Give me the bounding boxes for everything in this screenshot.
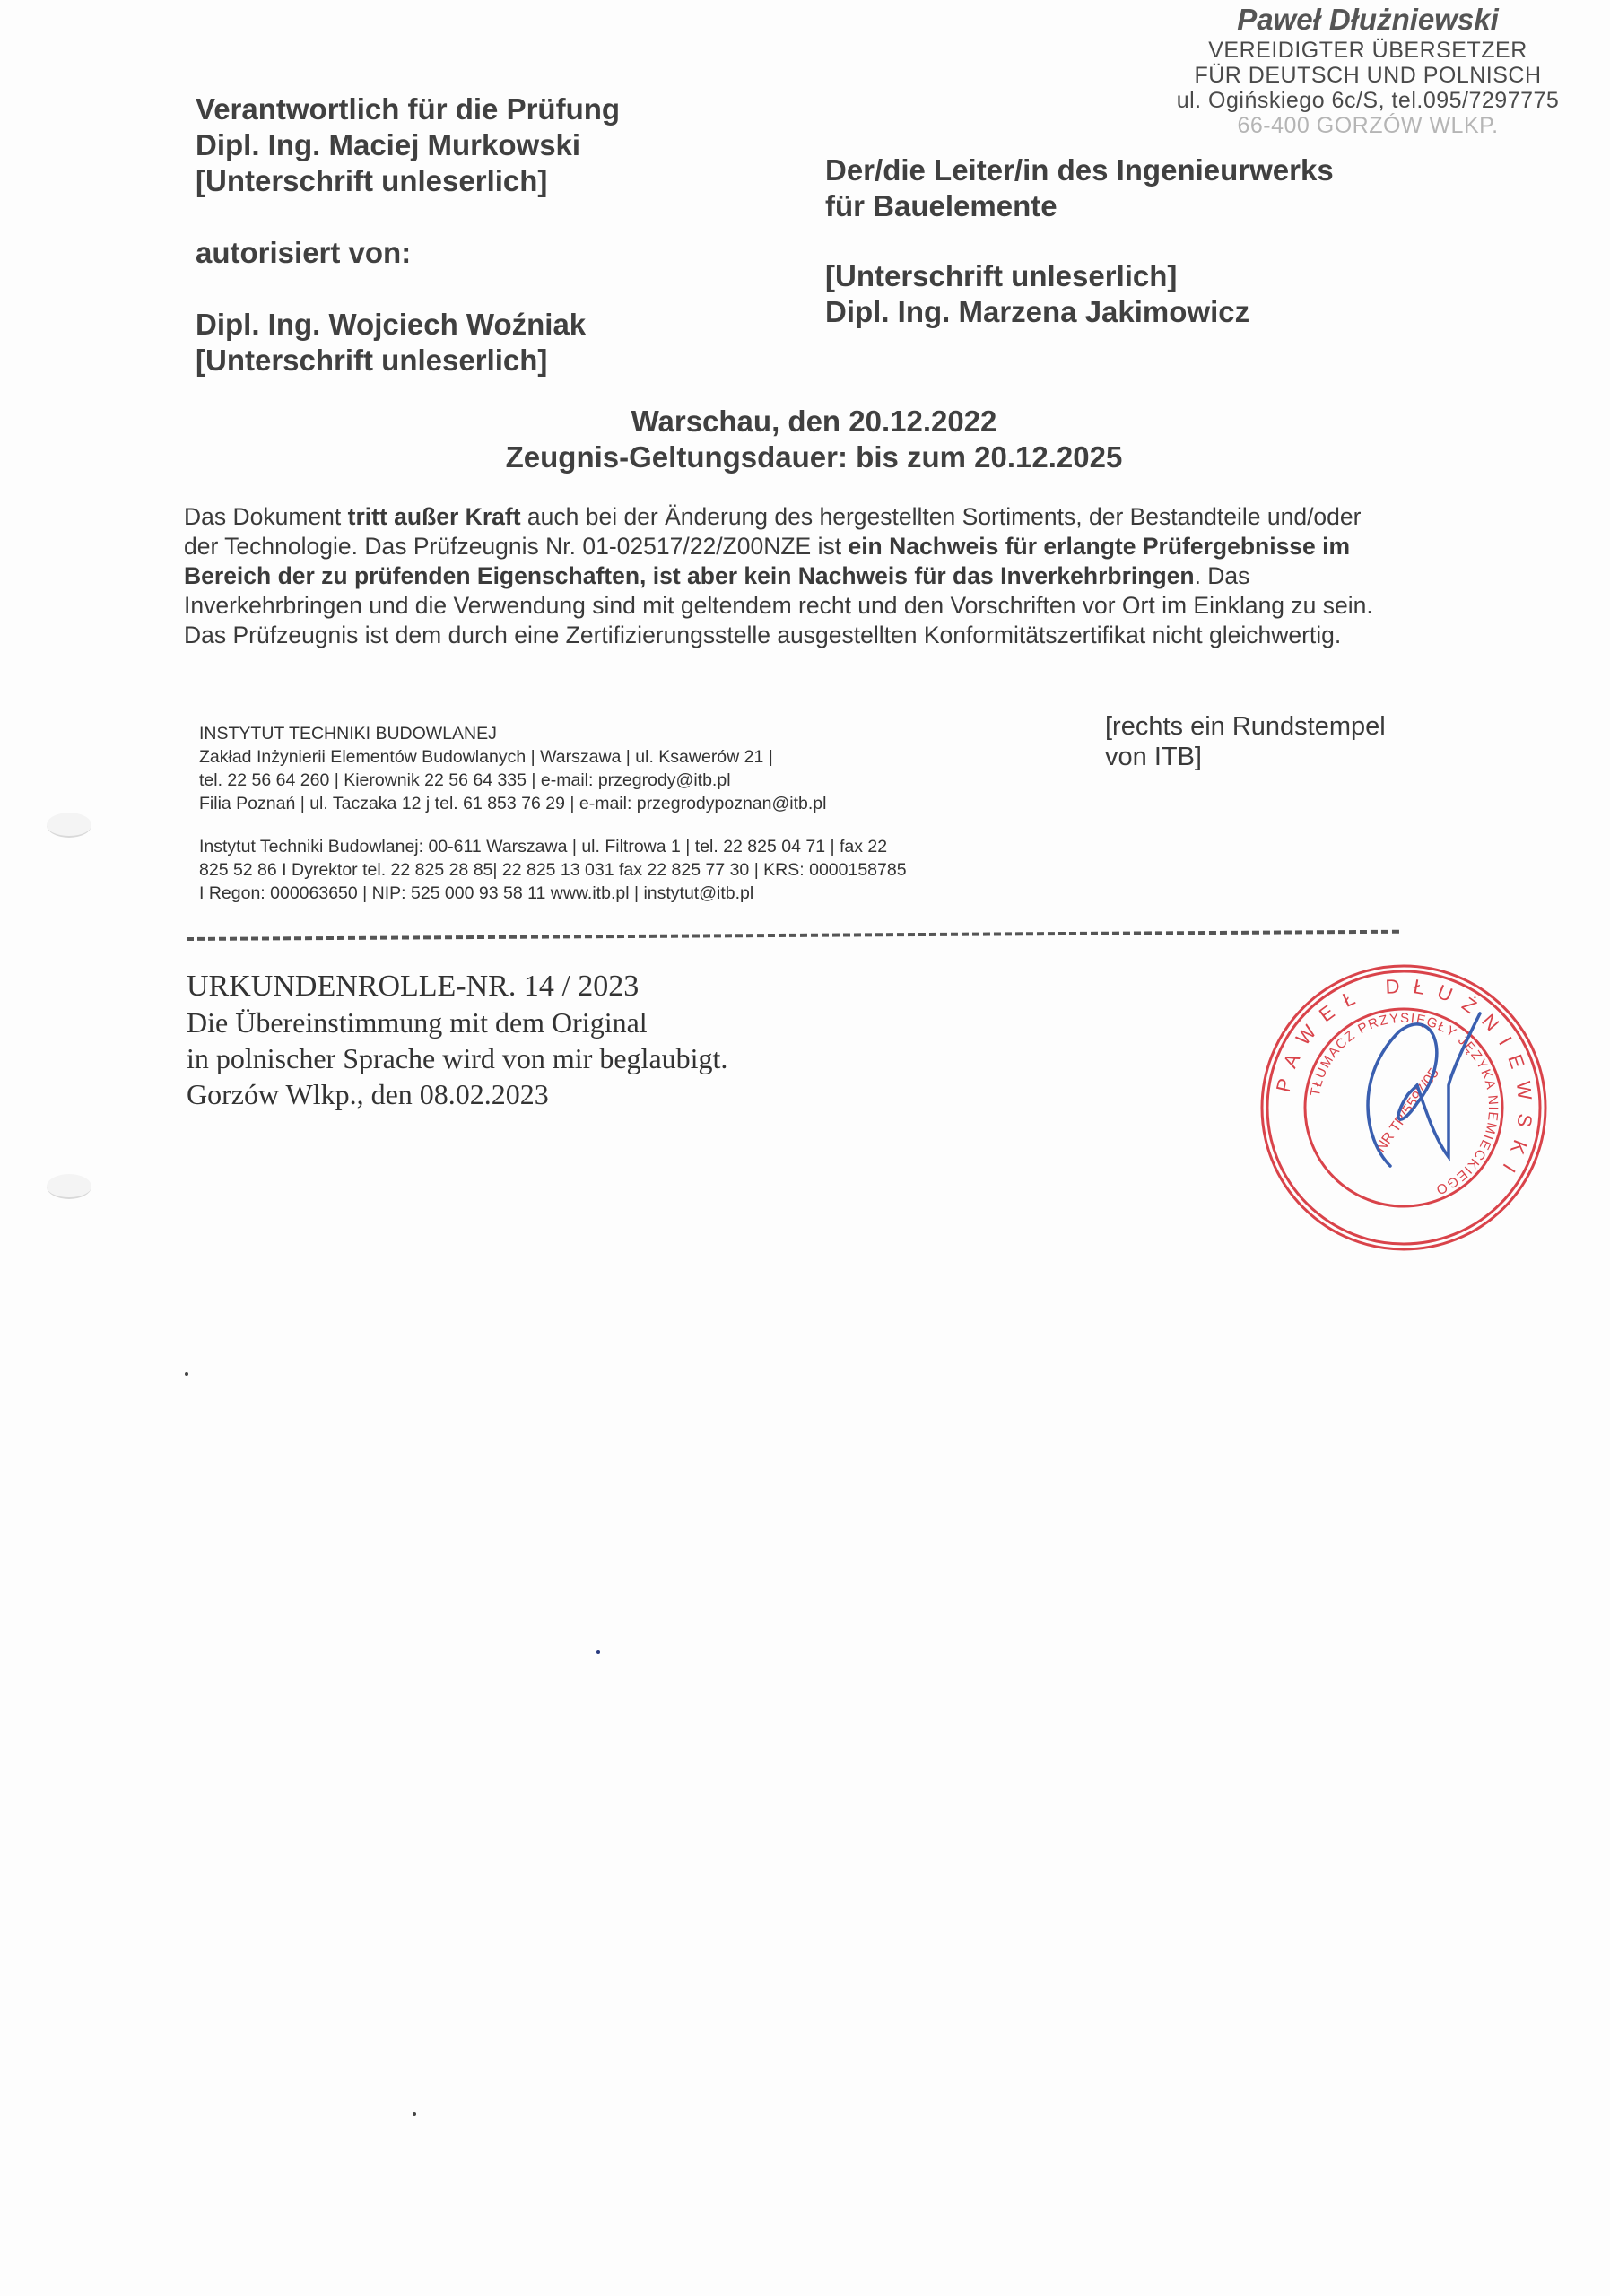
- translator-city: 66-400 GORZÓW WLKP.: [1175, 113, 1561, 138]
- signature-note: [Unterschrift unleserlich]: [196, 343, 698, 378]
- institute-hq-2: 825 52 86 I Dyrektor tel. 22 825 28 85| …: [199, 858, 970, 882]
- authorized-label: autorisiert von:: [196, 235, 698, 271]
- punch-hole: [47, 1174, 91, 1199]
- speck: [413, 2112, 416, 2116]
- notice-text: Das Prüfzeugnis ist dem durch eine Zerti…: [184, 621, 1449, 650]
- speck: [185, 1372, 188, 1376]
- translator-stamp: Paweł Dłużniewski VEREIDIGTER ÜBERSETZER…: [1175, 2, 1561, 138]
- notice-emphasis: tritt außer Kraft: [348, 503, 521, 530]
- notice-text: . Das: [1195, 562, 1250, 589]
- notice-text: der Technologie. Das Prüfzeugnis Nr. 01-…: [184, 533, 848, 560]
- notice-paragraph: Das Dokument tritt außer Kraft auch bei …: [184, 502, 1449, 650]
- director-heading-2: für Bauelemente: [825, 188, 1381, 224]
- translator-round-seal: PAWEŁ DŁUŻNIEWSKI TŁUMACZ PRZYSIĘGŁY JĘZ…: [1256, 960, 1552, 1256]
- signature-block-right: Der/die Leiter/in des Ingenieurwerks für…: [825, 152, 1381, 330]
- issue-date: Warschau, den 20.12.2022: [9, 404, 1610, 439]
- institute-info: INSTYTUT TECHNIKI BUDOWLANEJ Zakład Inży…: [199, 722, 970, 905]
- dashed-divider: [187, 930, 1399, 941]
- punch-hole: [47, 813, 91, 838]
- dates-block: Warschau, den 20.12.2022 Zeugnis-Geltung…: [0, 404, 1610, 475]
- signature-note: [Unterschrift unleserlich]: [196, 163, 698, 199]
- stamp-note-line: [rechts ein Rundstempel: [1105, 711, 1386, 742]
- notice-text: Inverkehrbringen und die Verwendung sind…: [184, 591, 1449, 621]
- institute-name: INSTYTUT TECHNIKI BUDOWLANEJ: [199, 722, 970, 745]
- notice-text: auch bei der Änderung des hergestellten …: [521, 503, 1362, 530]
- responsible-name: Dipl. Ing. Maciej Murkowski: [196, 127, 698, 163]
- signature-note: [Unterschrift unleserlich]: [825, 258, 1381, 294]
- roll-number: URKUNDENROLLE-NR. 14 / 2023: [187, 969, 727, 1004]
- translator-address: ul. Ogińskiego 6c/S, tel.095/7297775: [1175, 88, 1561, 113]
- speck: [596, 1650, 600, 1654]
- institute-hq-1: Instytut Techniki Budowlanej: 00-611 War…: [199, 835, 970, 858]
- notice-emphasis: ein Nachweis für erlangte Prüfergebnisse…: [848, 533, 1350, 560]
- certification-line: in polnischer Sprache wird von mir begla…: [187, 1040, 727, 1076]
- institute-department: Zakład Inżynierii Elementów Budowlanych …: [199, 745, 970, 769]
- director-heading-1: Der/die Leiter/in des Ingenieurwerks: [825, 152, 1381, 188]
- notice-emphasis: Bereich der zu prüfenden Eigenschaften, …: [184, 562, 1195, 589]
- stamp-note: [rechts ein Rundstempel von ITB]: [1105, 711, 1386, 772]
- certification-line: Die Übereinstimmung mit dem Original: [187, 1004, 727, 1040]
- signature-block-left: Verantwortlich für die Prüfung Dipl. Ing…: [196, 91, 698, 378]
- translator-name: Paweł Dłużniewski: [1175, 2, 1561, 38]
- validity-date: Zeugnis-Geltungsdauer: bis zum 20.12.202…: [9, 439, 1610, 475]
- responsible-heading: Verantwortlich für die Prüfung: [196, 91, 698, 127]
- stamp-note-line: von ITB]: [1105, 742, 1386, 772]
- institute-branch: Filia Poznań | ul. Taczaka 12 j tel. 61 …: [199, 792, 970, 815]
- director-name: Dipl. Ing. Marzena Jakimowicz: [825, 294, 1381, 330]
- institute-hq-3: I Regon: 000063650 | NIP: 525 000 93 58 …: [199, 882, 970, 905]
- certification-block: URKUNDENROLLE-NR. 14 / 2023 Die Übereins…: [187, 969, 727, 1112]
- authorizer-name: Dipl. Ing. Wojciech Woźniak: [196, 307, 698, 343]
- institute-contact: tel. 22 56 64 260 | Kierownik 22 56 64 3…: [199, 769, 970, 792]
- translator-title-1: VEREIDIGTER ÜBERSETZER: [1175, 38, 1561, 63]
- translator-title-2: FÜR DEUTSCH UND POLNISCH: [1175, 63, 1561, 88]
- certification-date: Gorzów Wlkp., den 08.02.2023: [187, 1076, 727, 1112]
- notice-text: Das Dokument: [184, 503, 348, 530]
